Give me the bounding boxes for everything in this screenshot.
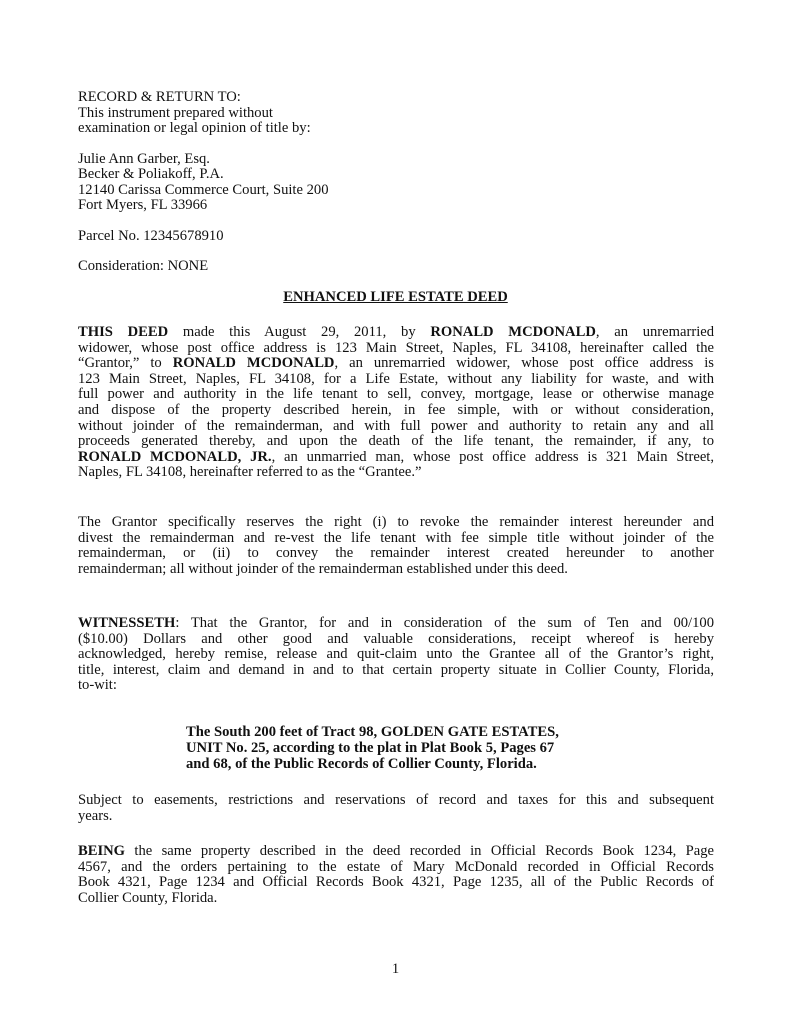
document-page: RECORD & RETURN TO: This instrument prep…	[0, 0, 791, 1024]
paragraph-line: and dispose of the property described he…	[78, 402, 714, 418]
paragraph-line: Book 4321, Page 1234 and Official Record…	[78, 874, 714, 890]
paragraph-line: remainderman, or (ii) to convey the rema…	[78, 545, 714, 561]
paragraph-line: without joinder of the remainderman, and…	[78, 418, 714, 434]
paragraph-line: BEING the same property described in the…	[78, 843, 714, 859]
preparer-address-2: Fort Myers, FL 33966	[78, 197, 207, 213]
preparer-name: Julie Ann Garber, Esq.	[78, 151, 210, 167]
preparer-firm: Becker & Poliakoff, P.A.	[78, 166, 224, 182]
legal-description-line-1: The South 200 feet of Tract 98, GOLDEN G…	[186, 724, 559, 740]
parcel-number: Parcel No. 12345678910	[78, 228, 224, 244]
paragraph-line: WITNESSETH: That the Grantor, for and in…	[78, 615, 714, 631]
paragraph-line: RONALD MCDONALD, JR., an unmarried man, …	[78, 449, 714, 465]
page-number: 1	[0, 961, 791, 977]
paragraph-line: 4567, and the orders pertaining to the e…	[78, 859, 714, 875]
paragraph-line: divest the remainderman and re-vest the …	[78, 530, 714, 546]
record-return-label: RECORD & RETURN TO:	[78, 89, 241, 105]
paragraph-line: “Grantor,” to RONALD MCDONALD, an unrema…	[78, 355, 714, 371]
paragraph-line: widower, whose post office address is 12…	[78, 340, 714, 356]
paragraph-line: 123 Main Street, Naples, FL 34108, for a…	[78, 371, 714, 387]
prepared-by-line-1: This instrument prepared without	[78, 105, 273, 121]
paragraph-line: Subject to easements, restrictions and r…	[78, 792, 714, 808]
paragraph-line: full power and authority in the life ten…	[78, 386, 714, 402]
paragraph-line: The Grantor specifically reserves the ri…	[78, 514, 714, 530]
legal-description-line-2: UNIT No. 25, according to the plat in Pl…	[186, 740, 554, 756]
paragraph-line: acknowledged, hereby remise, release and…	[78, 646, 714, 662]
prepared-by-line-2: examination or legal opinion of title by…	[78, 120, 311, 136]
paragraph-line: Naples, FL 34108, hereinafter referred t…	[78, 464, 714, 480]
paragraph-line: Collier County, Florida.	[78, 890, 714, 906]
paragraph-line: to-wit:	[78, 677, 714, 693]
paragraph-line: ($10.00) Dollars and other good and valu…	[78, 631, 714, 647]
consideration: Consideration: NONE	[78, 258, 208, 274]
preparer-address-1: 12140 Carissa Commerce Court, Suite 200	[78, 182, 329, 198]
paragraph-line: title, interest, claim and demand in and…	[78, 662, 714, 678]
paragraph-line: proceeds generated thereby, and upon the…	[78, 433, 714, 449]
paragraph-line: years.	[78, 808, 714, 824]
paragraph-line: remainderman; all without joinder of the…	[78, 561, 714, 577]
paragraph-line: THIS DEED made this August 29, 2011, by …	[78, 324, 714, 340]
deed-title: ENHANCED LIFE ESTATE DEED	[0, 289, 791, 305]
legal-description-line-3: and 68, of the Public Records of Collier…	[186, 756, 537, 772]
